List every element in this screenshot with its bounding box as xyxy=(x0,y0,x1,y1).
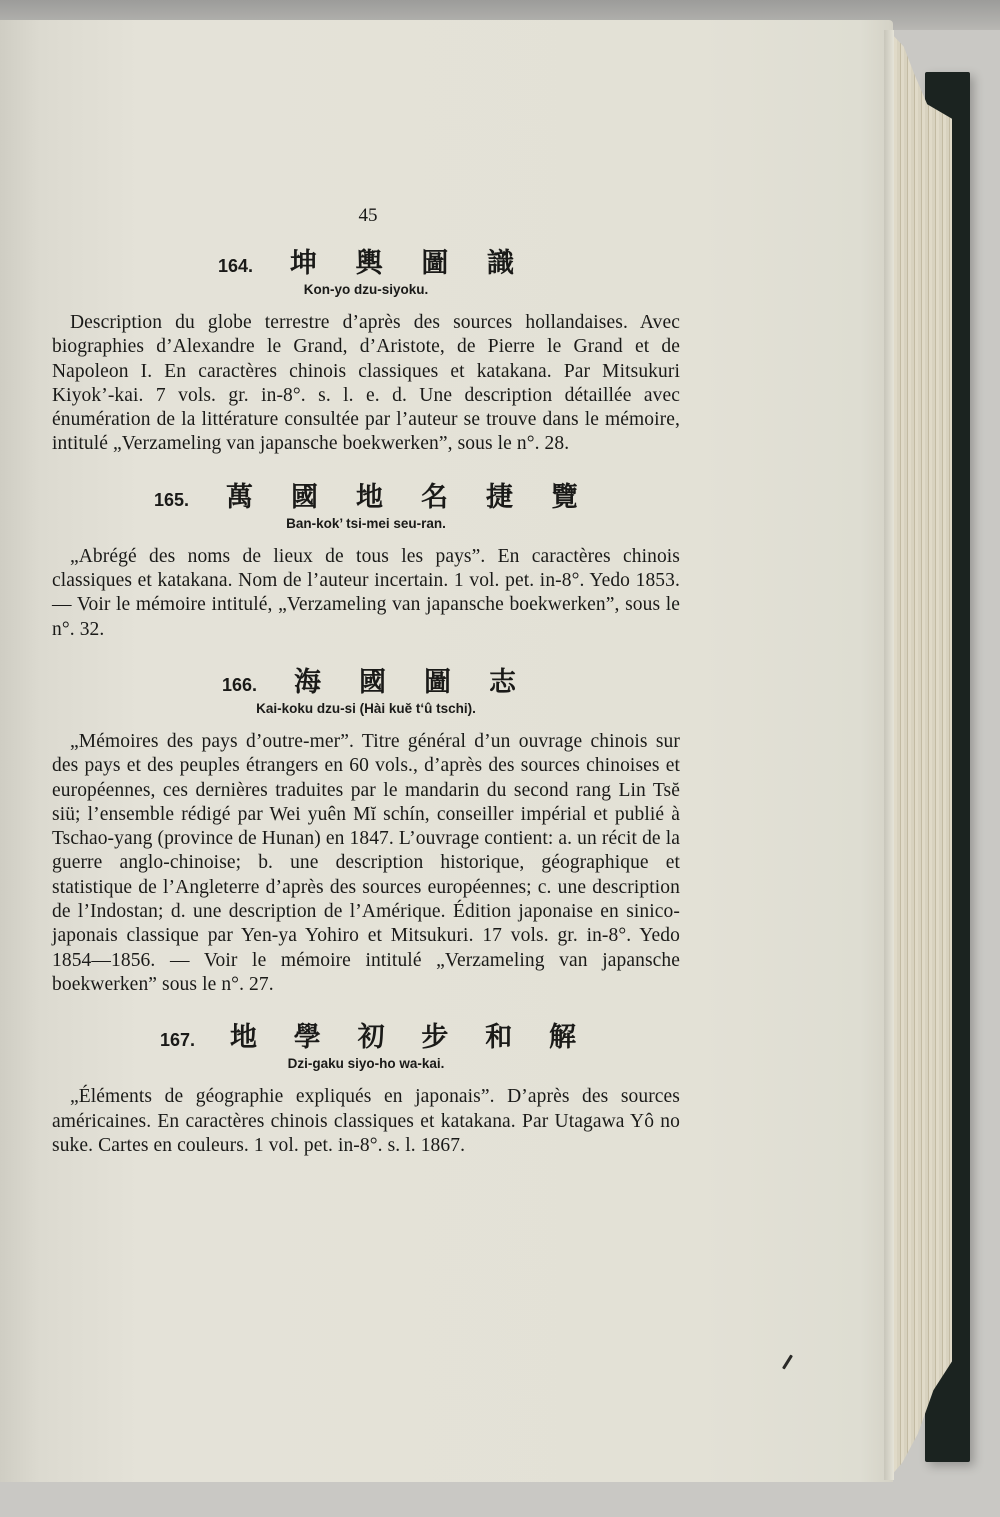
entry-heading: 165. 萬 國 地 名 捷 覽 xyxy=(154,475,680,514)
kanji-char: 國 xyxy=(291,475,318,514)
entry-romanization: Kon-yo dzu-siyoku. xyxy=(52,282,680,297)
entry-number: 166. xyxy=(222,675,294,696)
kanji-char: 識 xyxy=(487,241,514,280)
kanji-char: 圖 xyxy=(424,660,451,699)
kanji-char: 坤 xyxy=(290,241,317,280)
kanji-char: 和 xyxy=(485,1015,512,1054)
page-edges-stack xyxy=(890,32,952,1477)
kanji-char: 圖 xyxy=(421,241,448,280)
entry-romanization: Kai-koku dzu-si (Hài kuĕ t‘û tschi). xyxy=(52,701,680,716)
entry-number: 165. xyxy=(154,490,226,511)
kanji-char: 萬 xyxy=(226,475,253,514)
kanji-char: 步 xyxy=(421,1015,448,1054)
catalog-entry-167: 167. 地 學 初 步 和 解 Dzi-gaku siyo-ho wa-kai… xyxy=(52,1015,680,1158)
catalog-entry-165: 165. 萬 國 地 名 捷 覽 Ban-kok’ tsi-mei seu-ra… xyxy=(52,475,680,642)
page-edge-shadow xyxy=(884,30,894,1480)
entry-kanji-title: 萬 國 地 名 捷 覽 xyxy=(226,475,578,514)
entry-romanization: Dzi-gaku siyo-ho wa-kai. xyxy=(52,1056,680,1071)
kanji-char: 學 xyxy=(294,1015,321,1054)
entry-description: Description du globe terrestre d’après d… xyxy=(52,311,680,457)
page-number: 45 xyxy=(68,205,668,227)
kanji-char: 輿 xyxy=(356,241,383,280)
entry-number: 164. xyxy=(218,256,290,277)
entry-kanji-title: 海 國 圖 志 xyxy=(294,660,516,699)
catalog-entry-164: 164. 坤 輿 圖 識 Kon-yo dzu-siyoku. Descript… xyxy=(52,241,680,457)
kanji-char: 地 xyxy=(230,1015,257,1054)
entry-romanization: Ban-kok’ tsi-mei seu-ran. xyxy=(52,516,680,531)
page-text: 45 164. 坤 輿 圖 識 Kon-yo dzu-siyoku. Descr… xyxy=(52,205,680,1176)
kanji-char: 地 xyxy=(356,475,383,514)
kanji-char: 捷 xyxy=(486,475,513,514)
kanji-char: 初 xyxy=(358,1015,385,1054)
entry-number: 167. xyxy=(160,1030,230,1051)
entry-kanji-title: 地 學 初 步 和 解 xyxy=(230,1015,576,1054)
entry-heading: 164. 坤 輿 圖 識 xyxy=(218,241,680,280)
kanji-char: 解 xyxy=(549,1015,576,1054)
entry-description: „Éléments de géographie expliqués en jap… xyxy=(52,1085,680,1158)
kanji-char: 國 xyxy=(359,660,386,699)
kanji-char: 覽 xyxy=(551,475,578,514)
kanji-char: 海 xyxy=(294,660,321,699)
entry-description: „Mémoires des pays d’outre-mer”. Titre g… xyxy=(52,730,680,997)
kanji-char: 志 xyxy=(489,660,516,699)
catalog-entry-166: 166. 海 國 圖 志 Kai-koku dzu-si (Hài kuĕ t‘… xyxy=(52,660,680,997)
entry-heading: 166. 海 國 圖 志 xyxy=(222,660,680,699)
kanji-char: 名 xyxy=(421,475,448,514)
entry-kanji-title: 坤 輿 圖 識 xyxy=(290,241,514,280)
entry-description: „Abrégé des noms de lieux de tous les pa… xyxy=(52,545,680,642)
entry-heading: 167. 地 學 初 步 和 解 xyxy=(160,1015,680,1054)
